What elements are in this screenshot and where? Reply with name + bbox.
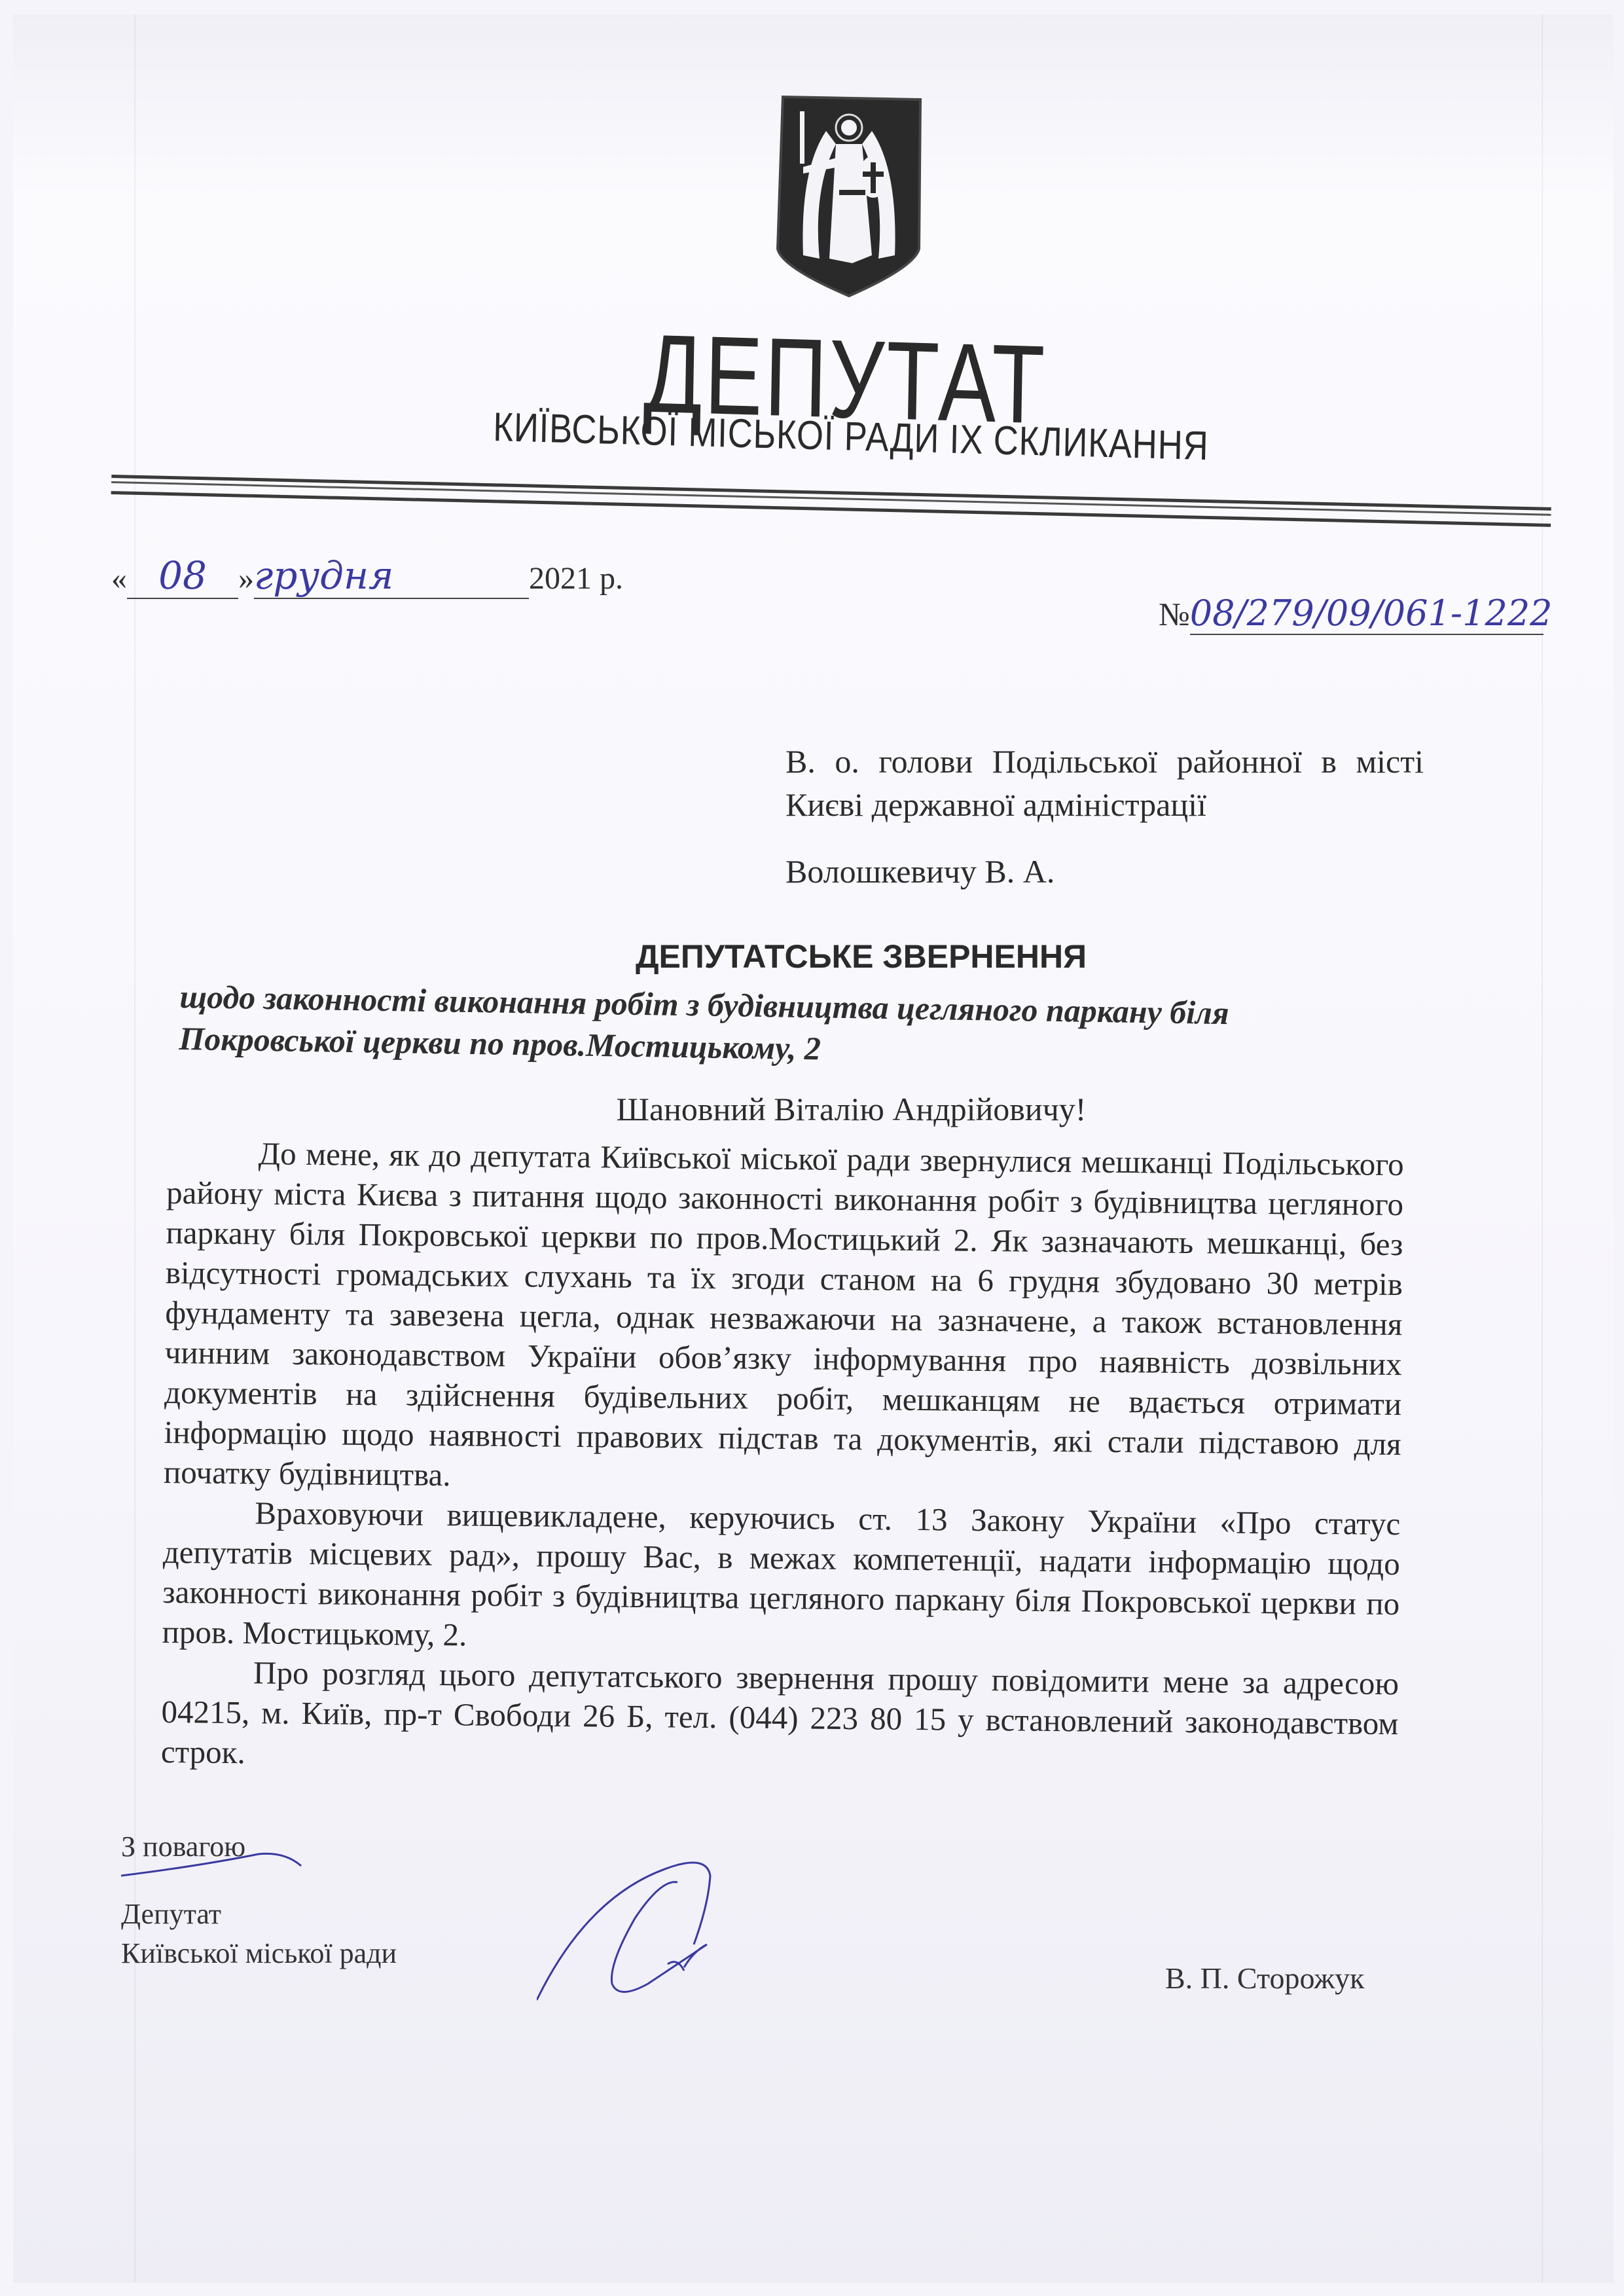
addressee-line: Києві державної адміністрації [785,783,1424,826]
body-paragraph: До мене, як до депутата Київської місько… [164,1133,1404,1504]
date-open-quote: « [111,561,127,596]
kyiv-coat-of-arms-icon [774,92,924,300]
date-close-quote: » [238,561,254,596]
scan-artifact [1542,14,1543,2283]
reference-value: 08/279/09/061-1222 [1190,592,1543,635]
reference-number: №08/279/09/061-1222 [1159,592,1543,635]
signer-position: Депутат [121,1897,221,1931]
date-month: грудня [254,553,529,599]
pen-underline-icon [121,1846,331,1886]
letter-body: До мене, як до депутата Київської місько… [161,1133,1404,1783]
addressee-name: Волошкевичу В. А. [785,850,1424,893]
body-paragraph: Враховуючи вищевикладене, керуючись ст. … [162,1492,1400,1664]
signer-name: В. П. Сторожук [1165,1961,1364,1995]
body-paragraph: Про розгляд цього депутатського зверненн… [161,1652,1399,1783]
handwritten-signature-icon [537,1853,772,2003]
salutation: Шановний Віталію Андрійовичу! [0,1090,1624,1128]
addressee-block: В. о. голови Подільської районної в міст… [785,740,1424,893]
date-year: 2021 р. [529,561,623,596]
date-day: 08 [127,553,238,599]
appeal-title: ДЕПУТАТСЬКЕ ЗВЕРНЕННЯ [0,938,1624,975]
document-date: «08»грудня2021 р. [111,553,623,599]
addressee-line: В. о. голови Подільської районної в міст… [785,740,1424,783]
appeal-subject: щодо законності виконання робіт з будівн… [179,975,1260,1076]
signer-organization: Київської міської ради [121,1937,397,1970]
reference-prefix: № [1159,596,1190,632]
